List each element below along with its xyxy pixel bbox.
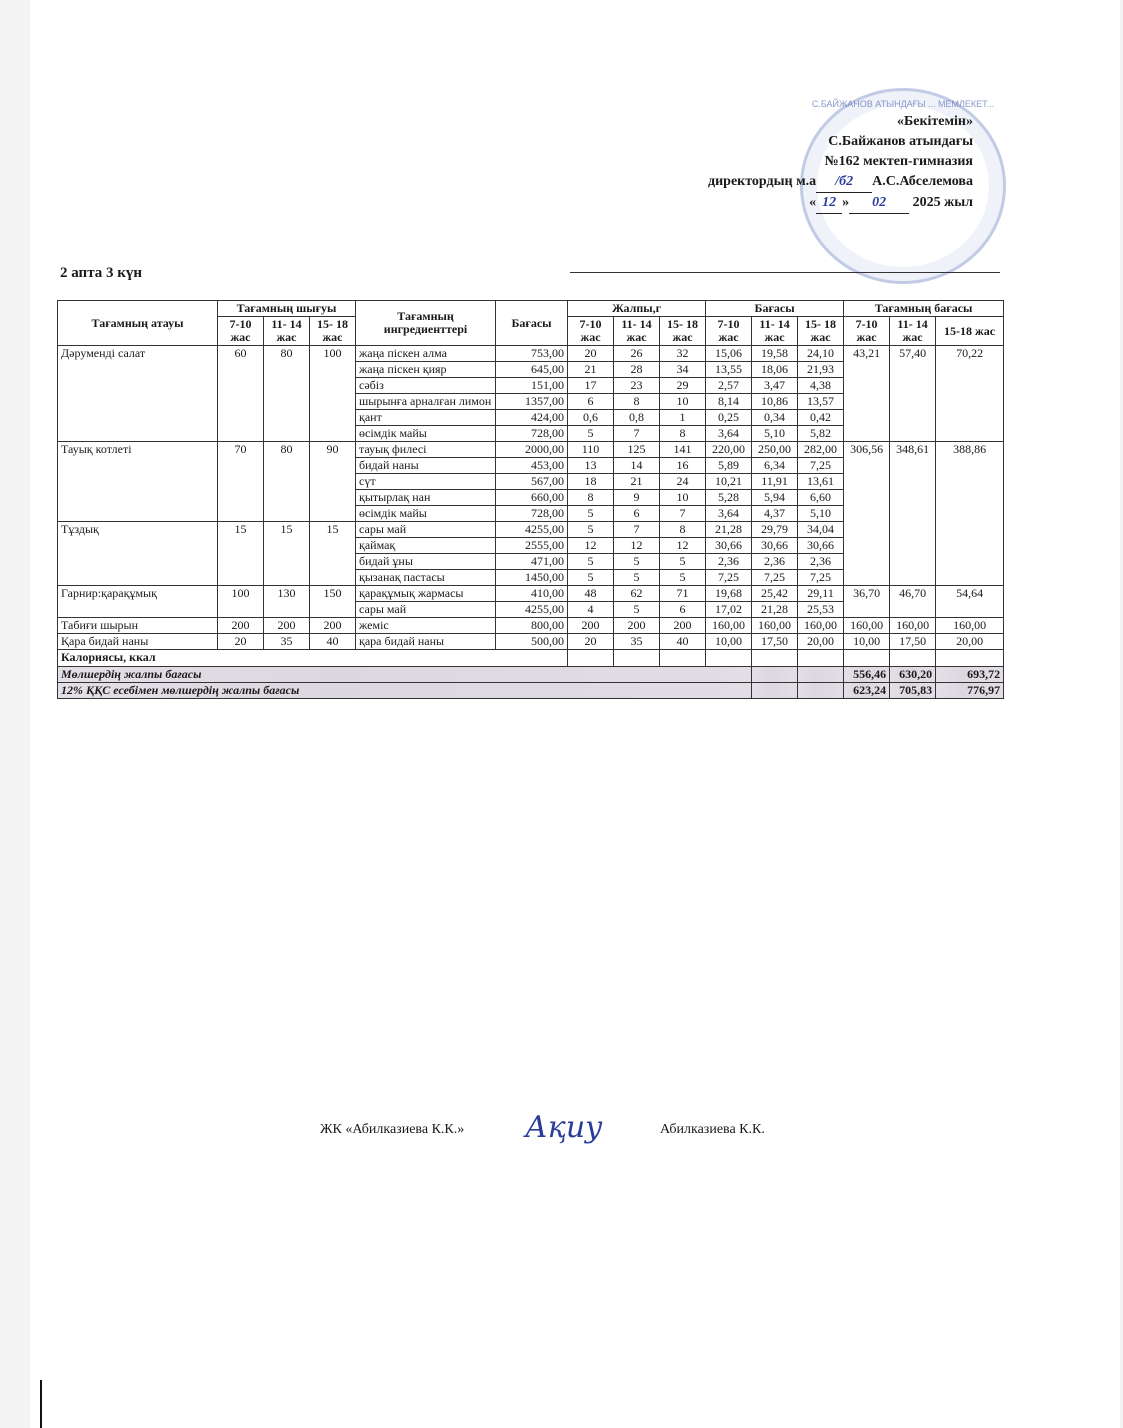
ingredient-grams: 17 (568, 378, 614, 394)
ingredient-cost: 30,66 (752, 538, 798, 554)
ingredient-cost: 10,86 (752, 394, 798, 410)
dish-cost: 20,00 (936, 634, 1004, 650)
calories-value (706, 650, 752, 667)
dish-output: 90 (310, 442, 356, 522)
ingredient-cost: 5,28 (706, 490, 752, 506)
dish-name: Табиғи шырын (58, 618, 218, 634)
ingredient-grams: 1 (660, 410, 706, 426)
ingredient-price: 4255,00 (496, 602, 568, 618)
ingredient-grams: 62 (614, 586, 660, 602)
dish-output: 80 (264, 346, 310, 442)
ingredient-cost: 3,64 (706, 426, 752, 442)
ingredient-grams: 28 (614, 362, 660, 378)
ingredient-cost: 7,25 (798, 458, 844, 474)
dish-name: Гарнир:қарақұмық (58, 586, 218, 618)
approval-line-1: С.Байжанов атындағы (708, 132, 973, 152)
ingredient-cost: 17,02 (706, 602, 752, 618)
ingredient-cost: 13,61 (798, 474, 844, 490)
calories-value (890, 650, 936, 667)
ingredient-name: шырынға арналған лимон (356, 394, 496, 410)
table-row: Табиғи шырын200200200жеміс800,0020020020… (58, 618, 1004, 634)
table-row: Тауық котлеті708090тауық филесі2000,0011… (58, 442, 1004, 458)
ingredient-price: 424,00 (496, 410, 568, 426)
header-age-cost-1: 11- 14 жас (752, 317, 798, 346)
director-signature: /б2 (816, 172, 872, 193)
ingredient-grams: 5 (568, 506, 614, 522)
total-cost-row-value: 630,20 (890, 667, 936, 683)
ingredient-grams: 110 (568, 442, 614, 458)
ingredient-cost: 21,28 (706, 522, 752, 538)
ingredient-cost: 4,38 (798, 378, 844, 394)
ingredient-grams: 7 (614, 522, 660, 538)
total-cost-row-blank (798, 667, 844, 683)
approval-date: «12»02 2025 жыл (708, 193, 973, 214)
ingredient-cost: 3,47 (752, 378, 798, 394)
calories-label: Калориясы, ккал (58, 650, 568, 667)
calories-value (798, 650, 844, 667)
director-name: А.С.Абселемова (872, 174, 973, 189)
ingredient-grams: 4 (568, 602, 614, 618)
ingredient-cost: 160,00 (752, 618, 798, 634)
ingredient-name: қытырлақ нан (356, 490, 496, 506)
ingredient-grams: 5 (568, 554, 614, 570)
table-row: Дәрумендi салат6080100жаңа піскен алма75… (58, 346, 1004, 362)
table-row: Гарнир:қарақұмық100130150қарақұмық жарма… (58, 586, 1004, 602)
vat-total-row-value: 623,24 (844, 683, 890, 699)
dish-output: 60 (218, 346, 264, 442)
ingredient-grams: 12 (660, 538, 706, 554)
dish-output: 200 (218, 618, 264, 634)
ingredient-grams: 125 (614, 442, 660, 458)
vat-total-row-label: 12% ҚҚС есебімен мөлшердің жалпы бағасы (58, 683, 752, 699)
ingredient-cost: 25,53 (798, 602, 844, 618)
ingredient-grams: 10 (660, 490, 706, 506)
dish-cost: 46,70 (890, 586, 936, 618)
dish-name: Тұздық (58, 522, 218, 586)
header-age-output-0: 7-10 жас (218, 317, 264, 346)
ingredient-name: сүт (356, 474, 496, 490)
ingredient-grams: 10 (660, 394, 706, 410)
page-edge (40, 1380, 42, 1428)
ingredient-price: 800,00 (496, 618, 568, 634)
ingredient-grams: 5 (568, 522, 614, 538)
ingredient-grams: 26 (614, 346, 660, 362)
ingredient-cost: 29,11 (798, 586, 844, 602)
ingredient-grams: 34 (660, 362, 706, 378)
supplier-signature: Ақиу (525, 1110, 603, 1145)
ingredient-cost: 2,57 (706, 378, 752, 394)
ingredient-grams: 24 (660, 474, 706, 490)
ingredient-grams: 12 (568, 538, 614, 554)
ingredient-price: 410,00 (496, 586, 568, 602)
ingredient-cost: 11,91 (752, 474, 798, 490)
ingredient-name: қызанақ пастасы (356, 570, 496, 586)
header-age-dishcost-1: 11- 14 жас (890, 317, 936, 346)
ingredient-price: 728,00 (496, 426, 568, 442)
ingredient-cost: 250,00 (752, 442, 798, 458)
menu-table: Тағамның атауы Тағамның шығуы Тағамның и… (57, 300, 1004, 699)
calories-value (660, 650, 706, 667)
approval-title: «Бекітемін» (708, 112, 973, 132)
ingredient-cost: 34,04 (798, 522, 844, 538)
dish-output: 150 (310, 586, 356, 618)
ingredient-grams: 8 (660, 522, 706, 538)
ingredient-grams: 8 (568, 490, 614, 506)
total-cost-row: Мөлшердің жалпы бағасы556,46630,20693,72 (58, 667, 1004, 683)
ingredient-price: 1450,00 (496, 570, 568, 586)
ingredient-name: сары май (356, 602, 496, 618)
dish-cost: 10,00 (844, 634, 890, 650)
dish-name: Тауық котлеті (58, 442, 218, 522)
ingredient-cost: 17,50 (752, 634, 798, 650)
header-ingredients: Тағамның ингредиенттері (356, 301, 496, 346)
ingredient-price: 471,00 (496, 554, 568, 570)
ingredient-cost: 0,25 (706, 410, 752, 426)
header-age-grams-1: 11- 14 жас (614, 317, 660, 346)
ingredient-name: қарақұмық жармасы (356, 586, 496, 602)
ingredient-cost: 6,34 (752, 458, 798, 474)
ingredient-grams: 0,6 (568, 410, 614, 426)
ingredient-grams: 7 (614, 426, 660, 442)
ingredient-grams: 5 (568, 570, 614, 586)
ingredient-name: өсімдік майы (356, 426, 496, 442)
ingredient-grams: 141 (660, 442, 706, 458)
calories-value (752, 650, 798, 667)
dish-output: 70 (218, 442, 264, 522)
calories-value (568, 650, 614, 667)
dish-output: 35 (264, 634, 310, 650)
ingredient-cost: 19,58 (752, 346, 798, 362)
ingredient-grams: 21 (568, 362, 614, 378)
calories-row: Калориясы, ккал (58, 650, 1004, 667)
ingredient-cost: 7,25 (752, 570, 798, 586)
ingredient-name: өсімдік майы (356, 506, 496, 522)
ingredient-cost: 29,79 (752, 522, 798, 538)
header-age-cost-0: 7-10 жас (706, 317, 752, 346)
dish-cost: 54,64 (936, 586, 1004, 618)
ingredient-cost: 7,25 (706, 570, 752, 586)
ingredient-cost: 0,42 (798, 410, 844, 426)
ingredient-name: қант (356, 410, 496, 426)
dish-output: 100 (310, 346, 356, 442)
header-age-output-1: 11- 14 жас (264, 317, 310, 346)
ingredient-grams: 14 (614, 458, 660, 474)
divider (570, 272, 1000, 273)
ingredient-cost: 25,42 (752, 586, 798, 602)
header-age-output-2: 15- 18 жас (310, 317, 356, 346)
ingredient-cost: 6,60 (798, 490, 844, 506)
total-cost-row-blank (752, 667, 798, 683)
ingredient-name: сәбіз (356, 378, 496, 394)
ingredient-cost: 24,10 (798, 346, 844, 362)
header-total-grams: Жалпы,г (568, 301, 706, 317)
header-age-cost-2: 15- 18 жас (798, 317, 844, 346)
ingredient-cost: 5,82 (798, 426, 844, 442)
stamp-text: С.БАЙЖАНОВ АТЫНДАҒЫ ... МЕМЛЕКЕТ... (803, 99, 1003, 109)
ingredient-price: 2000,00 (496, 442, 568, 458)
ingredient-name: бидай наны (356, 458, 496, 474)
dish-name: Қара бидай наны (58, 634, 218, 650)
ingredient-grams: 6 (660, 602, 706, 618)
ingredient-cost: 4,37 (752, 506, 798, 522)
ingredient-grams: 8 (660, 426, 706, 442)
ingredient-cost: 5,10 (752, 426, 798, 442)
dish-output: 130 (264, 586, 310, 618)
ingredient-grams: 0,8 (614, 410, 660, 426)
approval-line-2: №162 мектеп-гимназия (708, 152, 973, 172)
vat-total-row: 12% ҚҚС есебімен мөлшердің жалпы бағасы6… (58, 683, 1004, 699)
table-row: Қара бидай наны203540қара бидай наны500,… (58, 634, 1004, 650)
ingredient-grams: 13 (568, 458, 614, 474)
date-year: 2025 жыл (913, 195, 973, 210)
header-age-dishcost-0: 7-10 жас (844, 317, 890, 346)
ingredient-name: жеміс (356, 618, 496, 634)
ingredient-price: 645,00 (496, 362, 568, 378)
header-age-grams-2: 15- 18 жас (660, 317, 706, 346)
calories-value (844, 650, 890, 667)
dish-cost: 160,00 (844, 618, 890, 634)
ingredient-cost: 8,14 (706, 394, 752, 410)
week-day-title: 2 апта 3 күн (60, 265, 142, 282)
ingredient-price: 753,00 (496, 346, 568, 362)
dish-output: 100 (218, 586, 264, 618)
ingredient-grams: 48 (568, 586, 614, 602)
dish-output: 15 (264, 522, 310, 586)
ingredient-cost: 13,57 (798, 394, 844, 410)
dish-cost: 57,40 (890, 346, 936, 442)
ingredient-cost: 220,00 (706, 442, 752, 458)
ingredient-name: жаңа піскен қияр (356, 362, 496, 378)
ingredient-cost: 282,00 (798, 442, 844, 458)
header-output: Тағамның шығуы (218, 301, 356, 317)
ingredient-cost: 5,10 (798, 506, 844, 522)
header-price: Бағасы (496, 301, 568, 346)
dish-cost: 70,22 (936, 346, 1004, 442)
ingredient-grams: 5 (660, 554, 706, 570)
ingredient-price: 660,00 (496, 490, 568, 506)
ingredient-grams: 200 (614, 618, 660, 634)
ingredient-grams: 40 (660, 634, 706, 650)
ingredient-cost: 21,93 (798, 362, 844, 378)
ingredient-cost: 13,55 (706, 362, 752, 378)
ingredient-cost: 2,36 (798, 554, 844, 570)
ingredient-name: қаймақ (356, 538, 496, 554)
ingredient-cost: 15,06 (706, 346, 752, 362)
ingredient-price: 500,00 (496, 634, 568, 650)
supplier-label: ЖК «Абилказиева К.К.» (320, 1122, 464, 1138)
ingredient-grams: 5 (614, 554, 660, 570)
ingredient-grams: 5 (660, 570, 706, 586)
total-cost-row-value: 556,46 (844, 667, 890, 683)
approval-block: «Бекітемін» С.Байжанов атындағы №162 мек… (708, 112, 973, 214)
dish-output: 200 (264, 618, 310, 634)
vat-total-row-value: 776,97 (936, 683, 1004, 699)
date-month: 02 (849, 193, 909, 214)
dish-cost: 306,56 (844, 442, 890, 586)
ingredient-grams: 18 (568, 474, 614, 490)
ingredient-grams: 12 (614, 538, 660, 554)
ingredient-price: 4255,00 (496, 522, 568, 538)
ingredient-price: 2555,00 (496, 538, 568, 554)
director-label: директордың м.а (708, 174, 816, 189)
vat-total-row-blank (752, 683, 798, 699)
dish-output: 200 (310, 618, 356, 634)
header-dish-name: Тағамның атауы (58, 301, 218, 346)
ingredient-grams: 5 (568, 426, 614, 442)
dish-cost: 43,21 (844, 346, 890, 442)
dish-cost: 160,00 (936, 618, 1004, 634)
total-cost-row-value: 693,72 (936, 667, 1004, 683)
calories-value (936, 650, 1004, 667)
vat-total-row-blank (798, 683, 844, 699)
dish-output: 15 (218, 522, 264, 586)
approval-line-3: директордың м.а/б2А.С.Абселемова (708, 172, 973, 193)
ingredient-grams: 32 (660, 346, 706, 362)
dish-output: 40 (310, 634, 356, 650)
header-dish-cost: Тағамның бағасы (844, 301, 1004, 317)
vat-total-row-value: 705,83 (890, 683, 936, 699)
dish-output: 80 (264, 442, 310, 522)
ingredient-price: 567,00 (496, 474, 568, 490)
ingredient-grams: 35 (614, 634, 660, 650)
ingredient-price: 1357,00 (496, 394, 568, 410)
ingredient-cost: 5,89 (706, 458, 752, 474)
dish-cost: 348,61 (890, 442, 936, 586)
ingredient-cost: 30,66 (706, 538, 752, 554)
ingredient-cost: 2,36 (752, 554, 798, 570)
ingredient-cost: 19,68 (706, 586, 752, 602)
ingredient-grams: 200 (660, 618, 706, 634)
supplier-name: Абилказиева К.К. (660, 1122, 765, 1138)
ingredient-grams: 5 (614, 570, 660, 586)
ingredient-cost: 3,64 (706, 506, 752, 522)
header-age-grams-0: 7-10 жас (568, 317, 614, 346)
ingredient-cost: 160,00 (798, 618, 844, 634)
ingredient-grams: 20 (568, 634, 614, 650)
ingredient-cost: 2,36 (706, 554, 752, 570)
ingredient-cost: 10,21 (706, 474, 752, 490)
ingredient-cost: 30,66 (798, 538, 844, 554)
ingredient-cost: 21,28 (752, 602, 798, 618)
ingredient-grams: 200 (568, 618, 614, 634)
ingredient-grams: 9 (614, 490, 660, 506)
ingredient-cost: 10,00 (706, 634, 752, 650)
ingredient-name: бидай ұны (356, 554, 496, 570)
dish-cost: 388,86 (936, 442, 1004, 586)
ingredient-cost: 5,94 (752, 490, 798, 506)
calories-value (614, 650, 660, 667)
total-cost-row-label: Мөлшердің жалпы бағасы (58, 667, 752, 683)
ingredient-name: тауық филесі (356, 442, 496, 458)
ingredient-grams: 6 (614, 506, 660, 522)
ingredient-grams: 21 (614, 474, 660, 490)
ingredient-grams: 7 (660, 506, 706, 522)
ingredient-cost: 20,00 (798, 634, 844, 650)
header-age-dishcost-2: 15-18 жас (936, 317, 1004, 346)
ingredient-grams: 6 (568, 394, 614, 410)
ingredient-cost: 160,00 (706, 618, 752, 634)
ingredient-grams: 16 (660, 458, 706, 474)
header-cost: Бағасы (706, 301, 844, 317)
dish-cost: 17,50 (890, 634, 936, 650)
ingredient-cost: 18,06 (752, 362, 798, 378)
ingredient-cost: 0,34 (752, 410, 798, 426)
dish-cost: 36,70 (844, 586, 890, 618)
ingredient-grams: 29 (660, 378, 706, 394)
ingredient-grams: 23 (614, 378, 660, 394)
ingredient-price: 728,00 (496, 506, 568, 522)
ingredient-price: 151,00 (496, 378, 568, 394)
ingredient-grams: 71 (660, 586, 706, 602)
ingredient-cost: 7,25 (798, 570, 844, 586)
ingredient-name: жаңа піскен алма (356, 346, 496, 362)
ingredient-grams: 8 (614, 394, 660, 410)
dish-output: 15 (310, 522, 356, 586)
ingredient-grams: 20 (568, 346, 614, 362)
dish-name: Дәрумендi салат (58, 346, 218, 442)
dish-cost: 160,00 (890, 618, 936, 634)
dish-output: 20 (218, 634, 264, 650)
ingredient-price: 453,00 (496, 458, 568, 474)
date-day: 12 (816, 193, 842, 214)
ingredient-name: сары май (356, 522, 496, 538)
ingredient-name: қара бидай наны (356, 634, 496, 650)
ingredient-grams: 5 (614, 602, 660, 618)
